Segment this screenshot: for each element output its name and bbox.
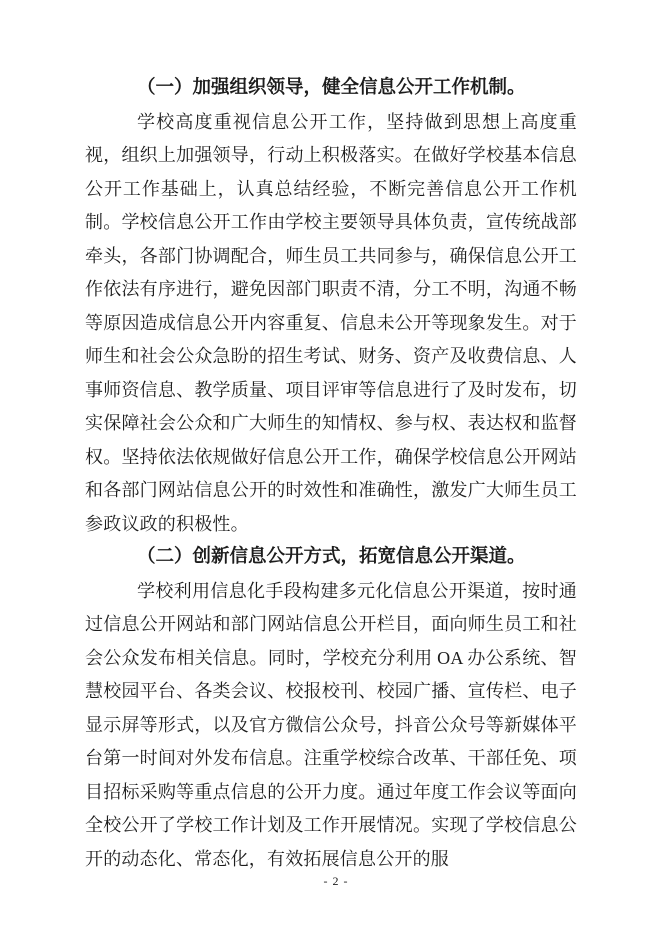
page-number: - 2 - (0, 874, 672, 889)
section-heading-1: （一）加强组织领导，健全信息公开工作机制。 (85, 72, 577, 106)
section-paragraph-1: 学校高度重视信息公开工作，坚持做到思想上高度重视，组织上加强领导，行动上积极落实… (85, 106, 577, 542)
document-body: （一）加强组织领导，健全信息公开工作机制。 学校高度重视信息公开工作，坚持做到思… (85, 72, 577, 876)
section-heading-2: （二）创新信息公开方式，拓宽信息公开渠道。 (85, 541, 577, 575)
document-page: （一）加强组织领导，健全信息公开工作机制。 学校高度重视信息公开工作，坚持做到思… (0, 0, 672, 948)
section-paragraph-2: 学校利用信息化手段构建多元化信息公开渠道，按时通过信息公开网站和部门网站信息公开… (85, 575, 577, 877)
